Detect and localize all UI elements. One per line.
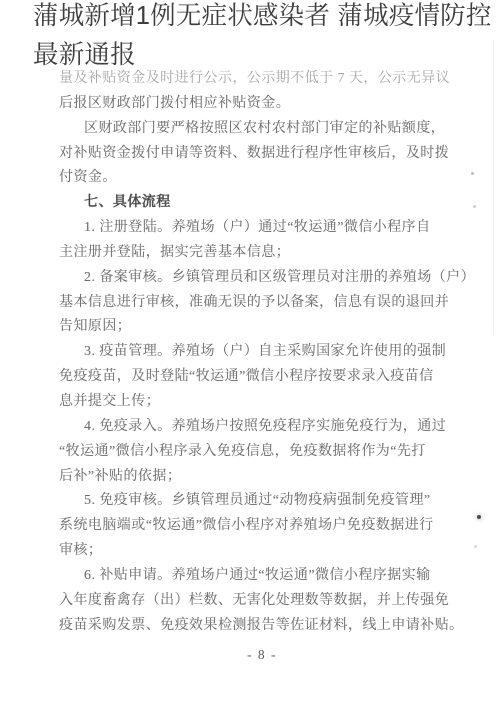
- scan-edge-line: [493, 40, 494, 335]
- document-line: 1. 注册登陆。养殖场（户）通过“牧运通”微信小程序自: [59, 216, 451, 241]
- document-line: 主注册并登陆，据实完善基本信息；: [59, 241, 451, 266]
- document-line: 3. 疫苗管理。养殖场（户）自主采购国家允许使用的强制: [59, 340, 451, 365]
- document-line: 告知原因；: [59, 315, 451, 340]
- document-line: 6. 补贴申请。养殖场户通过“牧运通”微信小程序据实输: [59, 564, 451, 589]
- page-number: - 8 -: [72, 647, 452, 663]
- article-headline: 蒲城新增1例无症状感染者 蒲城疫情防控 最新通报: [33, 0, 498, 74]
- document-line: 区财政部门要严格按照区农村农村部门审定的补贴额度，: [59, 117, 451, 142]
- document-line: 系统电脑端或“牧运通”微信小程序对养殖场户免疫数据进行: [59, 514, 451, 539]
- scan-speck: [474, 545, 477, 548]
- document-line: 免疫疫苗，及时登陆“牧运通”微信小程序按要求录入疫苗信: [59, 365, 451, 390]
- document-line: 对补贴资金拨付申请等资料、数据进行程序性审核后，及时拨: [59, 142, 451, 167]
- article-page: 蒲城新增1例无症状感染者 蒲城疫情防控 最新通报 量及补贴资金及时进行公示，公示…: [0, 0, 500, 707]
- document-line: 审核；: [59, 539, 451, 564]
- scanned-document-body: 量及补贴资金及时进行公示，公示期不低于 7 天，公示无异议后报区财政部门拨付相应…: [59, 67, 451, 638]
- document-line: 付资金。: [59, 166, 451, 191]
- document-line: 4. 免疫录入。养殖场户按照免疫程序实施免疫行为，通过: [59, 415, 451, 440]
- document-line: 量及补贴资金及时进行公示，公示期不低于 7 天，公示无异议: [59, 67, 451, 92]
- document-line: 入年度畜禽存（出）栏数、无害化处理数等数据，并上传强免: [59, 589, 451, 614]
- document-line: 5. 免疫审核。乡镇管理员通过“动物疫病强制免疫管理”: [59, 489, 451, 514]
- document-line: 息并提交上传；: [59, 390, 451, 415]
- document-line: 后补”补贴的依据；: [59, 465, 451, 490]
- document-line: “牧运通”微信小程序录入免疫信息，免疫数据将作为“先打: [59, 440, 451, 465]
- scan-speck: [471, 172, 474, 175]
- document-line: 后报区财政部门拨付相应补贴资金。: [59, 92, 451, 117]
- scan-speck: [473, 205, 476, 208]
- headline-line-1: 蒲城新增1例无症状感染者 蒲城疫情防控: [33, 0, 498, 36]
- document-line: 七、具体流程: [59, 191, 451, 216]
- document-line: 基本信息进行审核，准确无误的予以备案，信息有误的退回并: [59, 291, 451, 316]
- document-line: 2. 备案审核。乡镇管理员和区级管理员对注册的养殖场（户）: [59, 266, 451, 291]
- document-line: 疫苗采购发票、免疫效果检测报告等佐证材料，线上申请补贴。: [59, 614, 451, 639]
- scan-speck: [477, 515, 481, 519]
